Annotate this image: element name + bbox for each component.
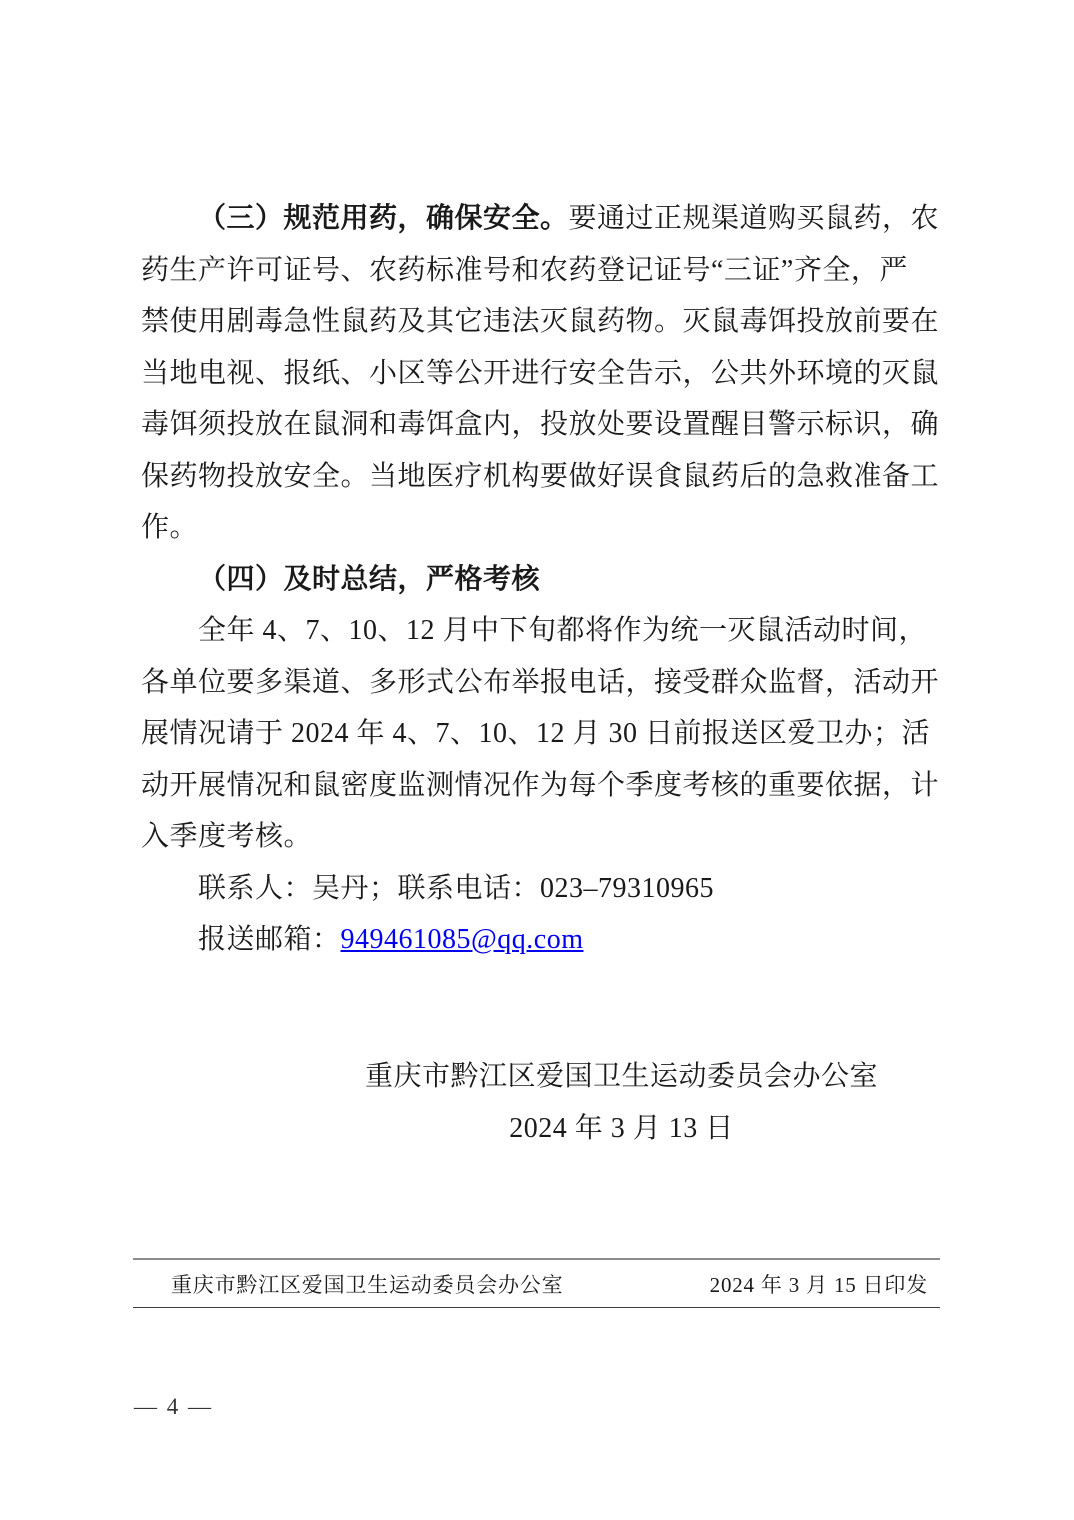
page-number: — 4 —: [134, 1394, 213, 1420]
signature-org-name: 重庆市黔江区爱国卫生运动委员会办公室: [365, 1051, 878, 1103]
body-line: 各单位要多渠道、多形式公布举报电话，接受群众监督，活动开: [141, 657, 938, 709]
signature-block: 重庆市黔江区爱国卫生运动委员会办公室 2024 年 3 月 13 日: [365, 1051, 878, 1155]
body-line: 入季度考核。: [141, 811, 938, 863]
email-link[interactable]: 949461085@qq.com: [341, 924, 584, 955]
document-page: { "colors": { "page_background": "#fffff…: [0, 0, 1074, 1520]
body-line-text: 动开展情况和鼠密度监测情况作为每个季度考核的重要依据，计: [141, 770, 939, 801]
print-footer: 重庆市黔江区爱国卫生运动委员会办公室 2024 年 3 月 15 日印发: [133, 1258, 940, 1308]
footer-issuer: 重庆市黔江区爱国卫生运动委员会办公室: [171, 1269, 563, 1299]
contact-line: 联系人：吴丹；联系电话：023–79310965: [141, 863, 938, 915]
body-line: （三）规范用药，确保安全。要通过正规渠道购买鼠药，农: [141, 193, 938, 245]
signature-date: 2024 年 3 月 13 日: [365, 1103, 878, 1155]
document-body: （三）规范用药，确保安全。要通过正规渠道购买鼠药，农 药生产许可证号、农药标准号…: [141, 193, 938, 966]
section-3-heading: （三）规范用药，确保安全。: [198, 203, 569, 234]
body-line: 全年 4、7、10、12 月中下旬都将作为统一灭鼠活动时间，: [141, 605, 938, 657]
body-line-text: 入季度考核。: [141, 821, 312, 852]
body-line-text: 全年 4、7、10、12 月中下旬都将作为统一灭鼠活动时间，: [198, 615, 927, 646]
body-line-text: 作。: [141, 512, 198, 543]
body-line: 作。: [141, 502, 938, 554]
body-line-text: 毒饵须投放在鼠洞和毒饵盒内，投放处要设置醒目警示标识，确: [141, 409, 939, 440]
body-line: 动开展情况和鼠密度监测情况作为每个季度考核的重要依据，计: [141, 760, 938, 812]
body-line-text: 当地电视、报纸、小区等公开进行安全告示，公共外环境的灭鼠: [141, 358, 939, 389]
body-line-text: 保药物投放安全。当地医疗机构要做好误食鼠药后的急救准备工: [141, 461, 939, 492]
body-line: 当地电视、报纸、小区等公开进行安全告示，公共外环境的灭鼠: [141, 348, 938, 400]
body-line-text: 药生产许可证号、农药标准号和农药登记证号“三证”齐全，严: [141, 255, 908, 286]
body-line-text: 各单位要多渠道、多形式公布举报电话，接受群众监督，活动开: [141, 667, 939, 698]
email-label: 报送邮箱：: [198, 924, 341, 955]
body-line: 展情况请于 2024 年 4、7、10、12 月 30 日前报送区爱卫办；活: [141, 708, 938, 760]
body-line: 禁使用剧毒急性鼠药及其它违法灭鼠药物。灭鼠毒饵投放前要在: [141, 296, 938, 348]
body-line-text: 展情况请于 2024 年 4、7、10、12 月 30 日前报送区爱卫办；活: [141, 718, 930, 749]
body-line-text: 要通过正规渠道购买鼠药，农: [569, 203, 940, 234]
body-line: 保药物投放安全。当地医疗机构要做好误食鼠药后的急救准备工: [141, 451, 938, 503]
body-line: 药生产许可证号、农药标准号和农药登记证号“三证”齐全，严: [141, 245, 938, 297]
footer-print-date: 2024 年 3 月 15 日印发: [710, 1269, 928, 1299]
body-line-text: 禁使用剧毒急性鼠药及其它违法灭鼠药物。灭鼠毒饵投放前要在: [141, 306, 939, 337]
contact-text: 联系人：吴丹；联系电话：023–79310965: [198, 873, 714, 904]
section-4-heading: （四）及时总结，严格考核: [198, 564, 540, 595]
body-line: （四）及时总结，严格考核: [141, 554, 938, 606]
email-line: 报送邮箱：949461085@qq.com: [141, 914, 938, 966]
body-line: 毒饵须投放在鼠洞和毒饵盒内，投放处要设置醒目警示标识，确: [141, 399, 938, 451]
